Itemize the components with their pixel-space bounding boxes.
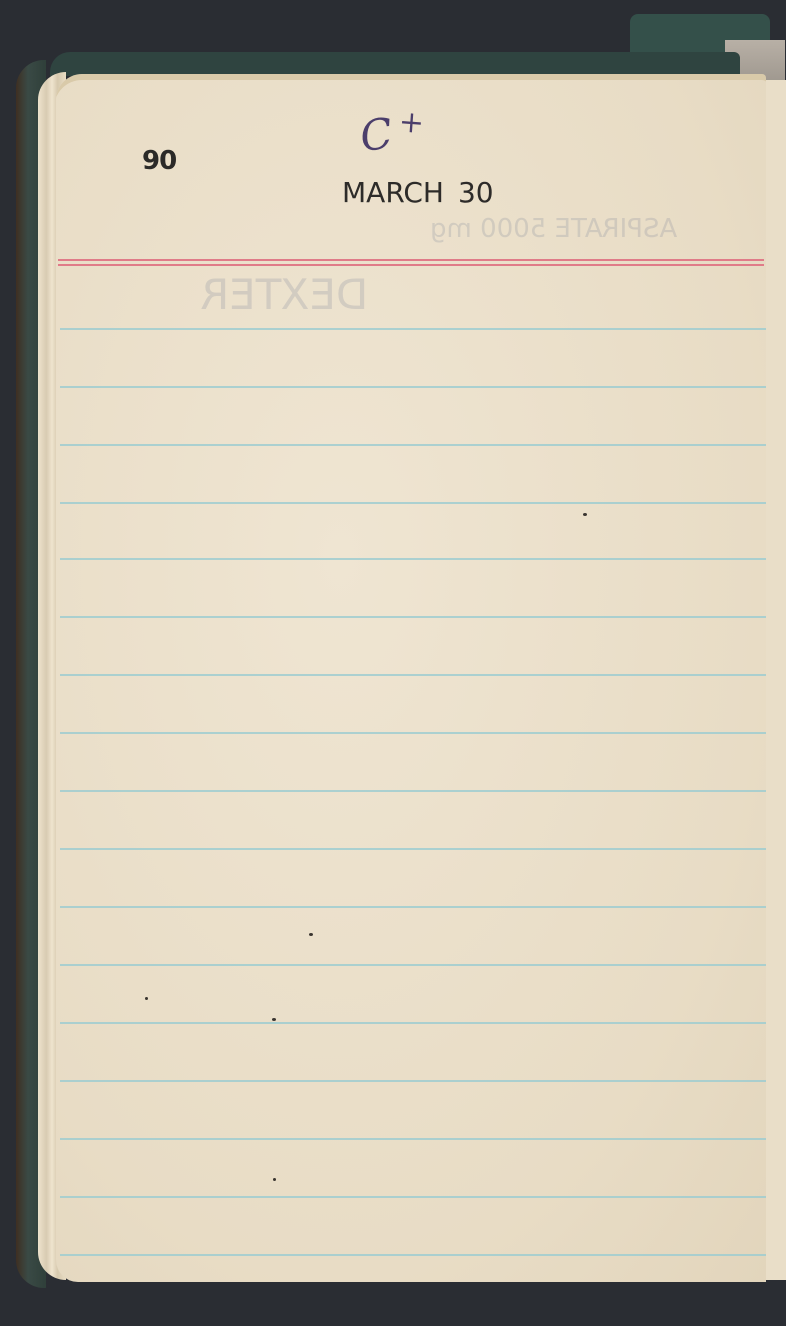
blue-rule [60,1138,766,1140]
date-heading: MARCH30 [342,176,494,209]
paper-speck [273,1178,276,1181]
blue-rule [60,502,766,504]
blue-rule [60,616,766,618]
page-number: 90 [142,146,176,176]
paper-speck [272,1018,276,1021]
blue-rule [60,906,766,908]
notebook-page [56,74,766,1282]
blue-rule [60,790,766,792]
paper-speck [583,513,587,516]
book-cover-top [50,52,740,76]
blue-rule [60,1022,766,1024]
blue-rule [60,328,766,330]
date-day: 30 [458,176,494,209]
blue-rule [60,558,766,560]
blue-rule [60,1254,766,1256]
blue-rule [60,848,766,850]
date-month: MARCH [342,176,444,209]
blue-rule [60,386,766,388]
handwritten-symbol: + [398,104,426,141]
red-rule [58,264,764,266]
blue-rule [60,444,766,446]
blue-rule [60,732,766,734]
blue-rule [60,674,766,676]
paper-speck [309,933,313,936]
handwritten-mark: C+ [357,104,428,162]
bleed-through-text: ASPIRATE 5000 mg [430,214,677,244]
blue-rule [60,1196,766,1198]
blue-rule [60,964,766,966]
next-page-edge [764,80,786,1280]
paper-speck [145,997,148,1000]
bleed-through-text: DEXTER [200,270,368,319]
red-rule [58,259,764,261]
handwritten-letter: C [357,108,396,161]
blue-rule [60,1080,766,1082]
